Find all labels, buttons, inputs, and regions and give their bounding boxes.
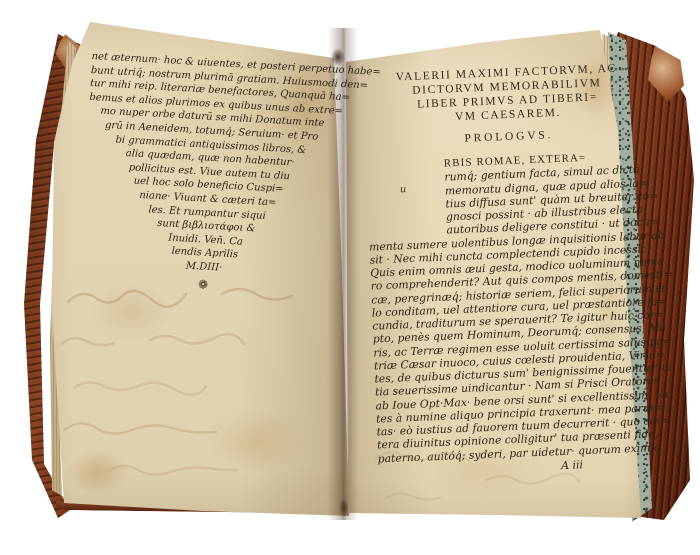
left-page-text: net æternum· hoc & uiuentes, et posteri … [79, 50, 340, 298]
prologue-body: u RBIS ROMAE, EXTERA=rumq́; gentium fact… [366, 149, 667, 479]
right-page-text: VALERII MAXIMI FACTORVM, ACDICTORVM MEMO… [362, 60, 666, 479]
book-photograph: net æternum· hoc & uiuentes, et posteri … [0, 0, 700, 555]
indented-opening-lines: RBIS ROMAE, EXTERA=rumq́; gentium facta,… [366, 149, 657, 240]
chapter-heading: VALERII MAXIMI FACTORVM, ACDICTORVM MEMO… [362, 60, 652, 128]
full-width-lines: menta sumere uolentibus longæ inquisitio… [369, 229, 666, 466]
initial-guide-letter: u [400, 184, 407, 195]
handwriting-show-through [54, 282, 344, 497]
gutter-shadow-bottom [339, 498, 349, 518]
section-title: PROLOGVS. [365, 125, 653, 149]
